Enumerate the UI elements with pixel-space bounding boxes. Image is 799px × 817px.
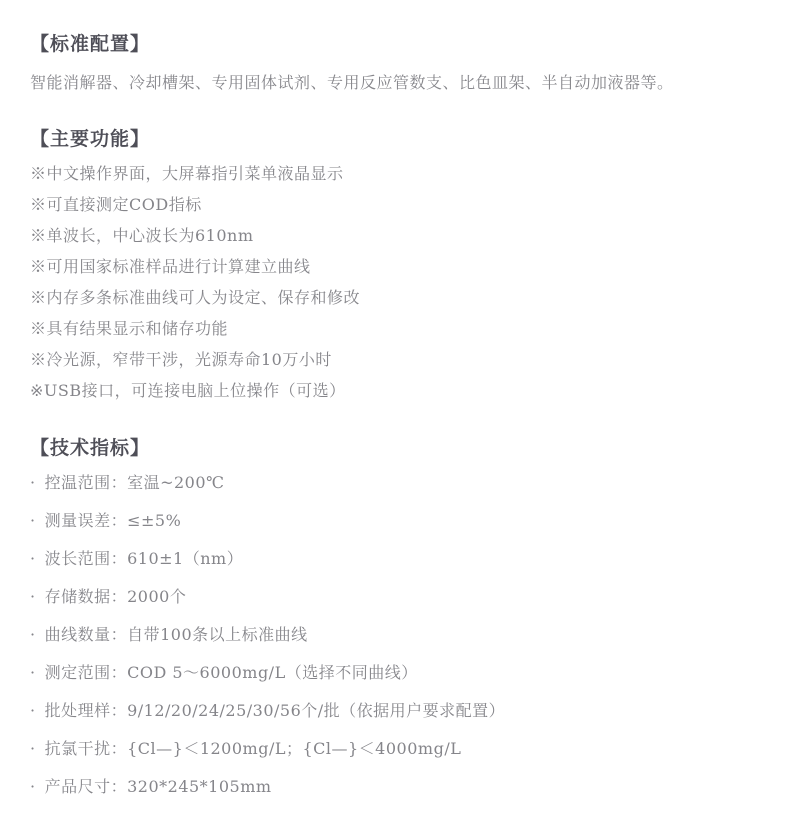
section-heading-tech-specs: 【技术指标】 — [30, 437, 769, 459]
spec-item: ·曲线数量：自带100条以上标准曲线 — [30, 624, 769, 645]
section-heading-standard-config: 【标准配置】 — [30, 33, 769, 55]
function-item: ※内存多条标准曲线可人为设定、保存和修改 — [30, 287, 769, 308]
function-list: ※中文操作界面，大屏幕指引菜单液晶显示 ※可直接测定COD指标 ※单波长，中心波… — [30, 163, 769, 401]
spec-item-text: 存储数据：2000个 — [45, 587, 187, 606]
spec-item: ·产品尺寸：320*245*105mm — [30, 776, 769, 797]
spec-item: ·波长范围：610±1（nm） — [30, 548, 769, 569]
bullet-dot: · — [30, 624, 36, 645]
function-item: ※单波长，中心波长为610nm — [30, 225, 769, 246]
function-item: ※可用国家标准样品进行计算建立曲线 — [30, 256, 769, 277]
bullet-dot: · — [30, 586, 36, 607]
bullet-dot: · — [30, 510, 36, 531]
spec-item-text: 批处理样：9/12/20/24/25/30/56个/批（依据用户要求配置） — [45, 701, 506, 720]
function-item: ※冷光源，窄带干涉，光源寿命10万小时 — [30, 349, 769, 370]
bullet-dot: · — [30, 738, 36, 759]
spec-item: ·批处理样：9/12/20/24/25/30/56个/批（依据用户要求配置） — [30, 700, 769, 721]
spec-item: ·存储数据：2000个 — [30, 586, 769, 607]
spec-item: ·测量误差：≤±5% — [30, 510, 769, 531]
spec-item-text: 抗氯干扰：{Cl—}＜1200mg/L；{Cl—}＜4000mg/L — [45, 739, 462, 758]
bullet-dot: · — [30, 700, 36, 721]
spec-item: ·控温范围：室温~200℃ — [30, 472, 769, 493]
tech-spec-list: ·控温范围：室温~200℃ ·测量误差：≤±5% ·波长范围：610±1（nm）… — [30, 472, 769, 797]
function-item: ※中文操作界面，大屏幕指引菜单液晶显示 — [30, 163, 769, 184]
spec-item-text: 曲线数量：自带100条以上标准曲线 — [45, 625, 308, 644]
function-item: ※具有结果显示和储存功能 — [30, 318, 769, 339]
spec-item: ·测定范围：COD 5～6000mg/L（选择不同曲线） — [30, 662, 769, 683]
spec-item-text: 波长范围：610±1（nm） — [45, 549, 244, 568]
function-item: ※USB接口，可连接电脑上位操作（可选） — [30, 380, 769, 401]
spec-item-text: 控温范围：室温~200℃ — [45, 473, 225, 492]
bullet-dot: · — [30, 548, 36, 569]
spec-item-text: 测量误差：≤±5% — [45, 511, 182, 530]
spec-item-text: 测定范围：COD 5～6000mg/L（选择不同曲线） — [45, 663, 418, 682]
product-spec-document: 【标准配置】 智能消解器、冷却槽架、专用固体试剂、专用反应管数支、比色皿架、半自… — [0, 0, 799, 817]
bullet-dot: · — [30, 662, 36, 683]
section-heading-main-functions: 【主要功能】 — [30, 128, 769, 150]
bullet-dot: · — [30, 776, 36, 797]
spec-item-text: 产品尺寸：320*245*105mm — [45, 777, 272, 796]
standard-config-text: 智能消解器、冷却槽架、专用固体试剂、专用反应管数支、比色皿架、半自动加液器等。 — [30, 73, 769, 93]
spec-item: ·抗氯干扰：{Cl—}＜1200mg/L；{Cl—}＜4000mg/L — [30, 738, 769, 759]
function-item: ※可直接测定COD指标 — [30, 194, 769, 215]
bullet-dot: · — [30, 472, 36, 493]
